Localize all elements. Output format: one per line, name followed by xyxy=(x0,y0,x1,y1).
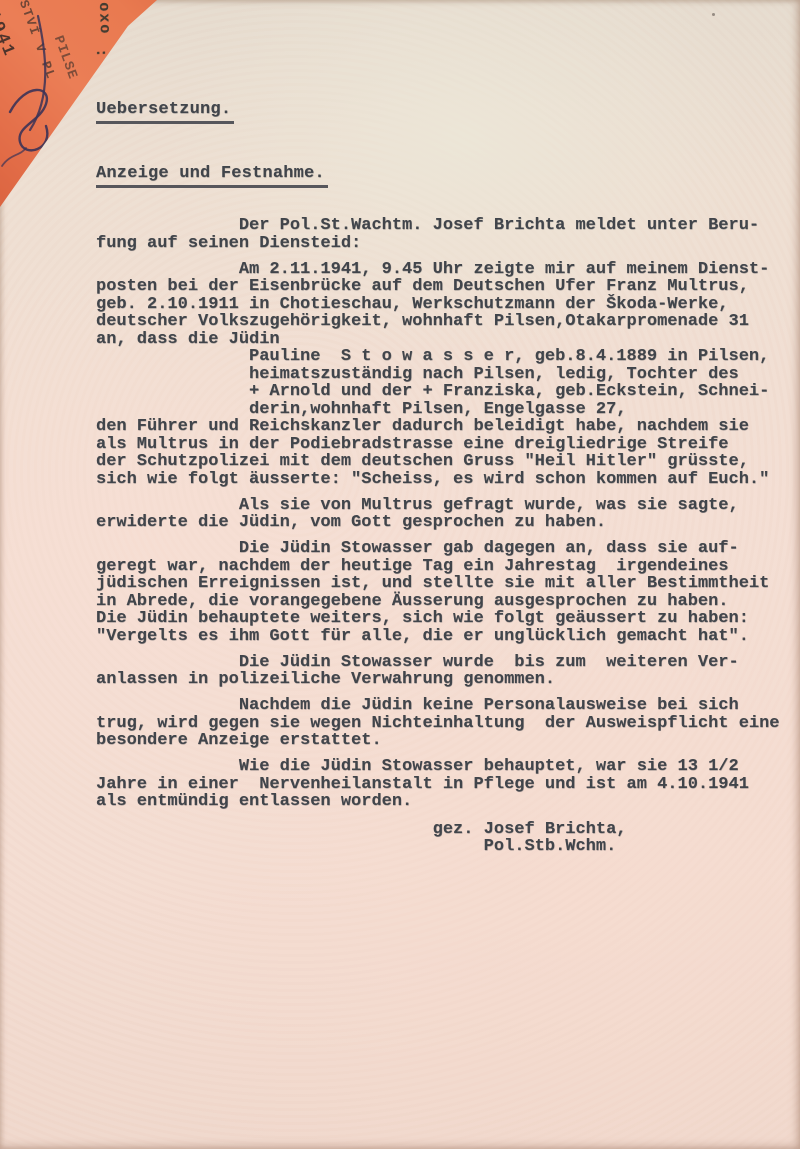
paragraph-ausweis-charge: Nachdem die Jüdin keine Personalausweise… xyxy=(96,697,780,750)
typed-reference-colon: : xyxy=(92,48,109,58)
paragraph-questioning: Als sie von Multrus gefragt wurde, was s… xyxy=(96,497,780,532)
paragraph-defense: Die Jüdin Stowasser gab dagegen an, dass… xyxy=(96,540,780,645)
paragraph-custody: Die Jüdin Stowasser wurde bis zum weiter… xyxy=(96,654,780,689)
paragraph-report-opening: Der Pol.St.Wachtm. Josef Brichta meldet … xyxy=(96,217,780,252)
scanned-document-page: 1941 STVÍ V PL PILSE oxo : Uebersetzung.… xyxy=(0,0,800,1149)
ink-speck xyxy=(712,13,715,16)
paragraph-incident: Am 2.11.1941, 9.45 Uhr zeigte mir auf me… xyxy=(96,261,780,489)
heading-subject: Anzeige und Festnahme. xyxy=(96,164,328,188)
report-body: Der Pol.St.Wachtm. Josef Brichta meldet … xyxy=(96,217,780,864)
paragraph-asylum-claim: Wie die Jüdin Stowasser behauptet, war s… xyxy=(96,758,780,811)
typed-reference-fragment: oxo xyxy=(95,2,113,36)
signature-block: gez. Josef Brichta, Pol.Stb.Wchm. xyxy=(96,821,780,856)
stamp-year: 1941 xyxy=(0,8,18,60)
heading-translation: Uebersetzung. xyxy=(96,100,234,124)
